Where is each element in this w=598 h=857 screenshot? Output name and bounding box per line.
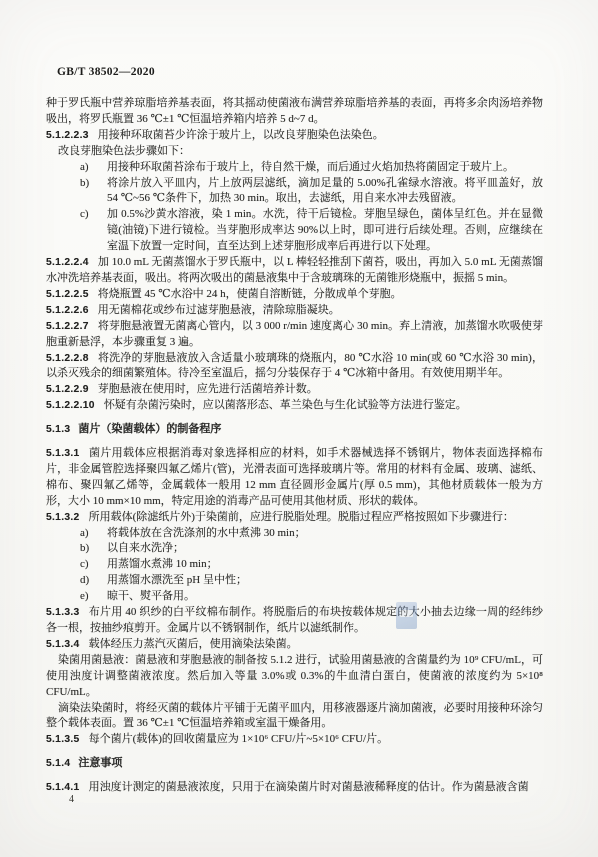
watermark-stamp [396, 602, 417, 629]
paragraph: 5.1.2.2.7将芽胞悬液置无菌离心管内，以 3 000 r/min 速度离心… [46, 319, 543, 351]
clause-number: 5.1.2.2.8 [46, 353, 89, 364]
item-label: e) [80, 589, 89, 605]
page-number: 4 [69, 794, 74, 805]
paragraph-text: 菌片（染菌载体）的制备程序 [78, 423, 221, 435]
clause-number: 5.1.4.1 [46, 782, 80, 793]
paragraph-text: 染菌用菌悬液：菌悬液和芽胞悬液的制备按 5.1.2 进行，试验用菌悬液的含菌量约… [46, 654, 543, 698]
paragraph: 5.1.3.1菌片用载体应根据消毒对象选择相应的材料，如手术器械选择不锈钢片，物… [46, 446, 543, 510]
clause-number: 5.1.3.4 [46, 639, 80, 650]
paragraph: 5.1.2.2.4加 10.0 mL 无菌蒸馏水于罗氏瓶中，以 L 棒轻轻推刮下… [46, 255, 543, 287]
list-item: e)晾干、熨平备用。 [46, 589, 543, 605]
paragraph: 5.1.2.2.5将烧瓶置 45 ℃水浴中 24 h，使菌自溶断链，分散成单个芽… [46, 287, 543, 303]
clause-number: 5.1.3.5 [46, 734, 80, 745]
clause-number: 5.1.2.2.6 [46, 305, 89, 316]
item-label: b) [80, 176, 89, 192]
paragraph-text: 用蒸馏水煮沸 10 min； [107, 558, 218, 570]
paragraph-text: 改良芽胞染色法步骤如下： [58, 145, 190, 157]
paragraph-text: 所用载体(除滤纸片外)于染菌前，应进行脱脂处理。脱脂过程应严格按照如下步骤进行： [89, 511, 514, 523]
clause-number: 5.1.2.2.4 [46, 257, 89, 268]
paragraph: 5.1.2.2.10怀疑有杂菌污染时，应以菌落形态、革兰染色与生化试验等方法进行… [46, 398, 543, 414]
list-item: c)用蒸馏水煮沸 10 min； [46, 557, 543, 573]
paragraph-text: 将载体放在含洗涤剂的水中煮沸 30 min； [107, 527, 306, 539]
paragraph: 5.1.3.3布片用 40 织纱的白平纹棉布制作。将脱脂后的布块按载体规定的大小… [46, 605, 543, 637]
paragraph-text: 用接种环取菌苔涂布于玻片上，待自然干燥，而后通过火焰加热将菌固定于玻片上。 [107, 161, 514, 173]
clause-number: 5.1.3 [46, 424, 70, 435]
paragraph-text: 加 0.5%沙黄水溶液，染 1 min。水洗，待干后镜检。芽胞呈绿色，菌体呈红色… [107, 208, 543, 252]
paragraph: 5.1.2.2.8将洗净的芽胞悬液放入含适量小玻璃珠的烧瓶内，80 ℃水浴 10… [46, 351, 543, 383]
clause-number: 5.1.4 [46, 758, 70, 769]
clause-number: 5.1.2.2.7 [46, 321, 89, 332]
list-item: a)将载体放在含洗涤剂的水中煮沸 30 min； [46, 526, 543, 542]
clause-number: 5.1.2.2.10 [46, 400, 95, 411]
paragraph-text: 用蒸馏水漂洗至 pH 呈中性； [107, 574, 247, 586]
paragraph-text: 滴染法染菌时，将经灭菌的载体片平铺于无菌平皿内，用移液器逐片滴加菌液，必要时用接… [46, 702, 543, 730]
list-item: c)加 0.5%沙黄水溶液，染 1 min。水洗，待干后镜检。芽胞呈绿色，菌体呈… [46, 207, 543, 255]
section-heading: 5.1.3菌片（染菌载体）的制备程序 [46, 422, 543, 438]
clause-number: 5.1.3.1 [46, 448, 80, 459]
item-label: a) [80, 160, 89, 176]
clause-number: 5.1.3.3 [46, 607, 80, 618]
paragraph: 5.1.3.4载体经压力蒸汽灭菌后，使用滴染法染菌。 [46, 637, 543, 653]
paragraph-text: 每个菌片(载体)的回收菌量应为 1×10⁶ CFU/片~5×10⁶ CFU/片。 [89, 733, 389, 745]
list-item: b)将涂片放入平皿内，片上放两层滤纸，滴加足量的 5.00%孔雀绿水溶液。将平皿… [46, 176, 543, 208]
scanned-standard-page: GB/T 38502—2020 种于罗氏瓶中营养琼脂培养基表面，将其摇动使菌液布… [0, 0, 598, 857]
paragraph-text: 菌片用载体应根据消毒对象选择相应的材料，如手术器械选择不锈钢片，物体表面选择棉布… [46, 447, 543, 507]
paragraph: 染菌用菌悬液：菌悬液和芽胞悬液的制备按 5.1.2 进行，试验用菌悬液的含菌量约… [46, 653, 543, 701]
paragraph-text: 怀疑有杂菌污染时，应以菌落形态、革兰染色与生化试验等方法进行鉴定。 [104, 399, 467, 411]
paragraph-text: 将洗净的芽胞悬液放入含适量小玻璃珠的烧瓶内，80 ℃水浴 10 min(或 60… [46, 352, 543, 380]
item-label: c) [80, 207, 89, 223]
paragraph-text: 载体经压力蒸汽灭菌后，使用滴染法染菌。 [89, 638, 298, 650]
paragraph: 改良芽胞染色法步骤如下： [46, 144, 543, 160]
paragraph-text: 芽胞悬液在使用时，应先进行活菌培养计数。 [98, 383, 318, 395]
list-item: b)以自来水洗净； [46, 541, 543, 557]
paragraph: 5.1.4.1用浊度计测定的菌悬液浓度，只用于在滴染菌片时对菌悬液稀释度的估计。… [46, 780, 543, 796]
clause-number: 5.1.3.2 [46, 512, 80, 523]
paragraph-text: 以自来水洗净； [107, 542, 184, 554]
document-content: 种于罗氏瓶中营养琼脂培养基表面，将其摇动使菌液布满营养琼脂培养基的表面，再将多余… [46, 96, 543, 796]
item-label: d) [80, 573, 89, 589]
paragraph-text: 将芽胞悬液置无菌离心管内，以 3 000 r/min 速度离心 30 min。弃… [46, 320, 543, 348]
paragraph-text: 注意事项 [78, 757, 122, 769]
section-heading: 5.1.4注意事项 [46, 756, 543, 772]
paragraph-text: 种于罗氏瓶中营养琼脂培养基表面，将其摇动使菌液布满营养琼脂培养基的表面，再将多余… [46, 97, 543, 125]
paragraph-text: 用接种环取菌苔少许涂于玻片上，以改良芽胞染色法染色。 [98, 129, 384, 141]
item-label: b) [80, 541, 89, 557]
paragraph-text: 用浊度计测定的菌悬液浓度，只用于在滴染菌片时对菌悬液稀释度的估计。作为菌悬液含菌 [89, 781, 529, 793]
paragraph: 5.1.2.2.6用无菌棉花或纱布过滤芽胞悬液，清除琼脂凝块。 [46, 303, 543, 319]
item-label: a) [80, 526, 89, 542]
list-item: d)用蒸馏水漂洗至 pH 呈中性； [46, 573, 543, 589]
clause-number: 5.1.2.2.3 [46, 130, 89, 141]
list-item: a)用接种环取菌苔涂布于玻片上，待自然干燥，而后通过火焰加热将菌固定于玻片上。 [46, 160, 543, 176]
clause-number: 5.1.2.2.5 [46, 289, 89, 300]
paragraph-text: 晾干、熨平备用。 [107, 590, 195, 602]
paragraph-text: 用无菌棉花或纱布过滤芽胞悬液，清除琼脂凝块。 [98, 304, 340, 316]
watermark-inner-mark [400, 610, 413, 617]
paragraph: 5.1.2.2.9芽胞悬液在使用时，应先进行活菌培养计数。 [46, 382, 543, 398]
paragraph-text: 布片用 40 织纱的白平纹棉布制作。将脱脂后的布块按载体规定的大小抽去边缘一周的… [46, 606, 543, 634]
paragraph-text: 将涂片放入平皿内，片上放两层滤纸，滴加足量的 5.00%孔雀绿水溶液。将平皿盖好… [107, 177, 543, 205]
clause-number: 5.1.2.2.9 [46, 384, 89, 395]
paragraph: 5.1.3.2所用载体(除滤纸片外)于染菌前，应进行脱脂处理。脱脂过程应严格按照… [46, 510, 543, 526]
paragraph: 种于罗氏瓶中营养琼脂培养基表面，将其摇动使菌液布满营养琼脂培养基的表面，再将多余… [46, 96, 543, 128]
paragraph-text: 加 10.0 mL 无菌蒸馏水于罗氏瓶中，以 L 棒轻轻推刮下菌苔，吸出，再加入… [46, 256, 543, 284]
item-label: c) [80, 557, 89, 573]
standard-number-header: GB/T 38502—2020 [57, 66, 155, 78]
paragraph: 滴染法染菌时，将经灭菌的载体片平铺于无菌平皿内，用移液器逐片滴加菌液，必要时用接… [46, 701, 543, 733]
paragraph: 5.1.3.5每个菌片(载体)的回收菌量应为 1×10⁶ CFU/片~5×10⁶… [46, 732, 543, 748]
paragraph: 5.1.2.2.3用接种环取菌苔少许涂于玻片上，以改良芽胞染色法染色。 [46, 128, 543, 144]
paragraph-text: 将烧瓶置 45 ℃水浴中 24 h，使菌自溶断链，分散成单个芽胞。 [98, 288, 402, 300]
